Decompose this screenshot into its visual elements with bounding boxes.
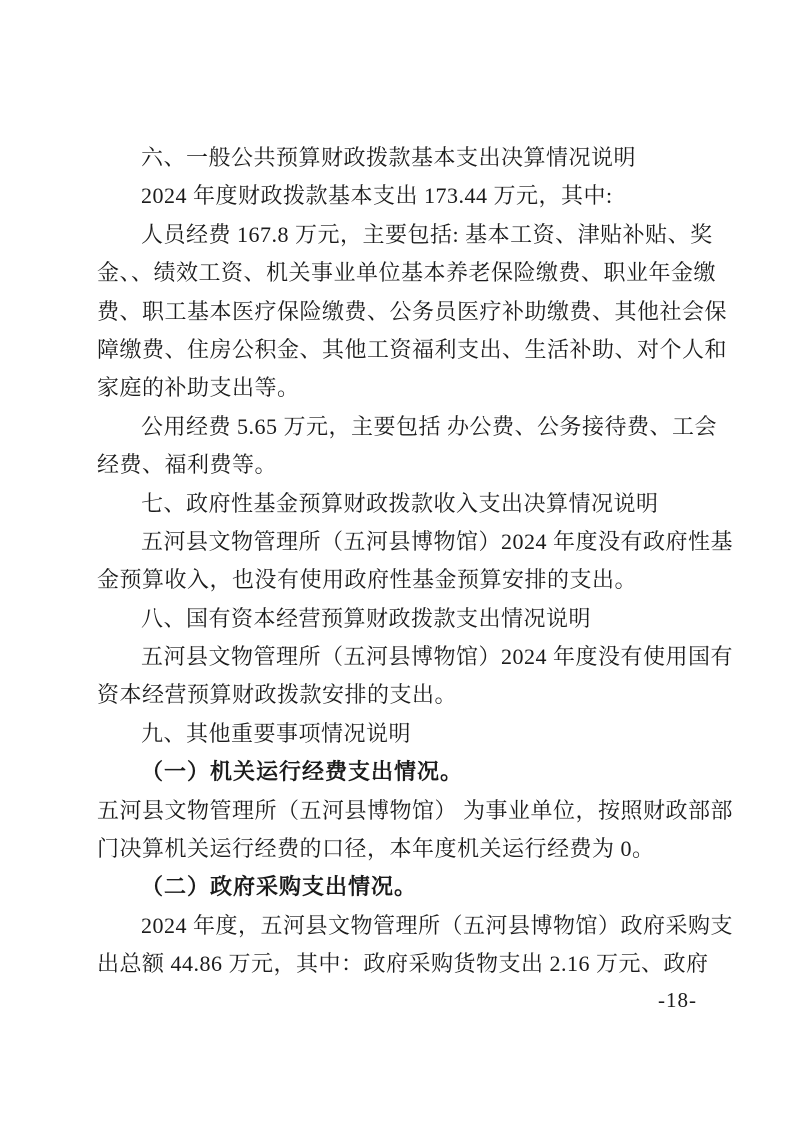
document-page: 六、一般公共预算财政拨款基本支出决算情况说明 2024 年度财政拨款基本支出 1… — [0, 0, 793, 1122]
doc-line: 2024 年度，五河县文物管理所（五河县博物馆）政府采购支 — [97, 907, 698, 945]
page-number: -18- — [658, 986, 697, 1014]
doc-line: 五河县文物管理所（五河县博物馆） 为事业单位，按照财政部部 — [97, 792, 698, 830]
document-body: 六、一般公共预算财政拨款基本支出决算情况说明 2024 年度财政拨款基本支出 1… — [97, 139, 698, 984]
doc-line: 五河县文物管理所（五河县博物馆）2024 年度没有使用国有 — [97, 638, 698, 676]
doc-line: 金、、绩效工资、机关事业单位基本养老保险缴费、职业年金缴 — [97, 254, 698, 292]
doc-line: 费、职工基本医疗保险缴费、公务员医疗补助缴费、其他社会保 — [97, 293, 698, 331]
doc-line: 资本经营预算财政拨款安排的支出。 — [97, 676, 698, 714]
section-6-heading: 六、一般公共预算财政拨款基本支出决算情况说明 — [97, 139, 698, 177]
doc-line: 金预算收入，也没有使用政府性基金预算安排的支出。 — [97, 561, 698, 599]
subsection-2-heading: （二）政府采购支出情况。 — [97, 868, 698, 906]
doc-line: 出总额 44.86 万元，其中：政府采购货物支出 2.16 万元、政府 — [97, 945, 698, 983]
doc-line: 五河县文物管理所（五河县博物馆）2024 年度没有政府性基 — [97, 523, 698, 561]
doc-line: 经费、福利费等。 — [97, 446, 698, 484]
doc-line: 障缴费、住房公积金、其他工资福利支出、生活补助、对个人和 — [97, 331, 698, 369]
section-9-heading: 九、其他重要事项情况说明 — [97, 715, 698, 753]
doc-line: 人员经费 167.8 万元，主要包括: 基本工资、津贴补贴、奖 — [97, 216, 698, 254]
section-7-heading: 七、政府性基金预算财政拨款收入支出决算情况说明 — [97, 485, 698, 523]
doc-line: 公用经费 5.65 万元，主要包括 办公费、公务接待费、工会 — [97, 408, 698, 446]
doc-line: 门决算机关运行经费的口径，本年度机关运行经费为 0。 — [97, 830, 698, 868]
section-8-heading: 八、国有资本经营预算财政拨款支出情况说明 — [97, 600, 698, 638]
doc-line: 2024 年度财政拨款基本支出 173.44 万元，其中: — [97, 177, 698, 215]
doc-line: 家庭的补助支出等。 — [97, 369, 698, 407]
subsection-1-heading: （一）机关运行经费支出情况。 — [97, 753, 698, 791]
